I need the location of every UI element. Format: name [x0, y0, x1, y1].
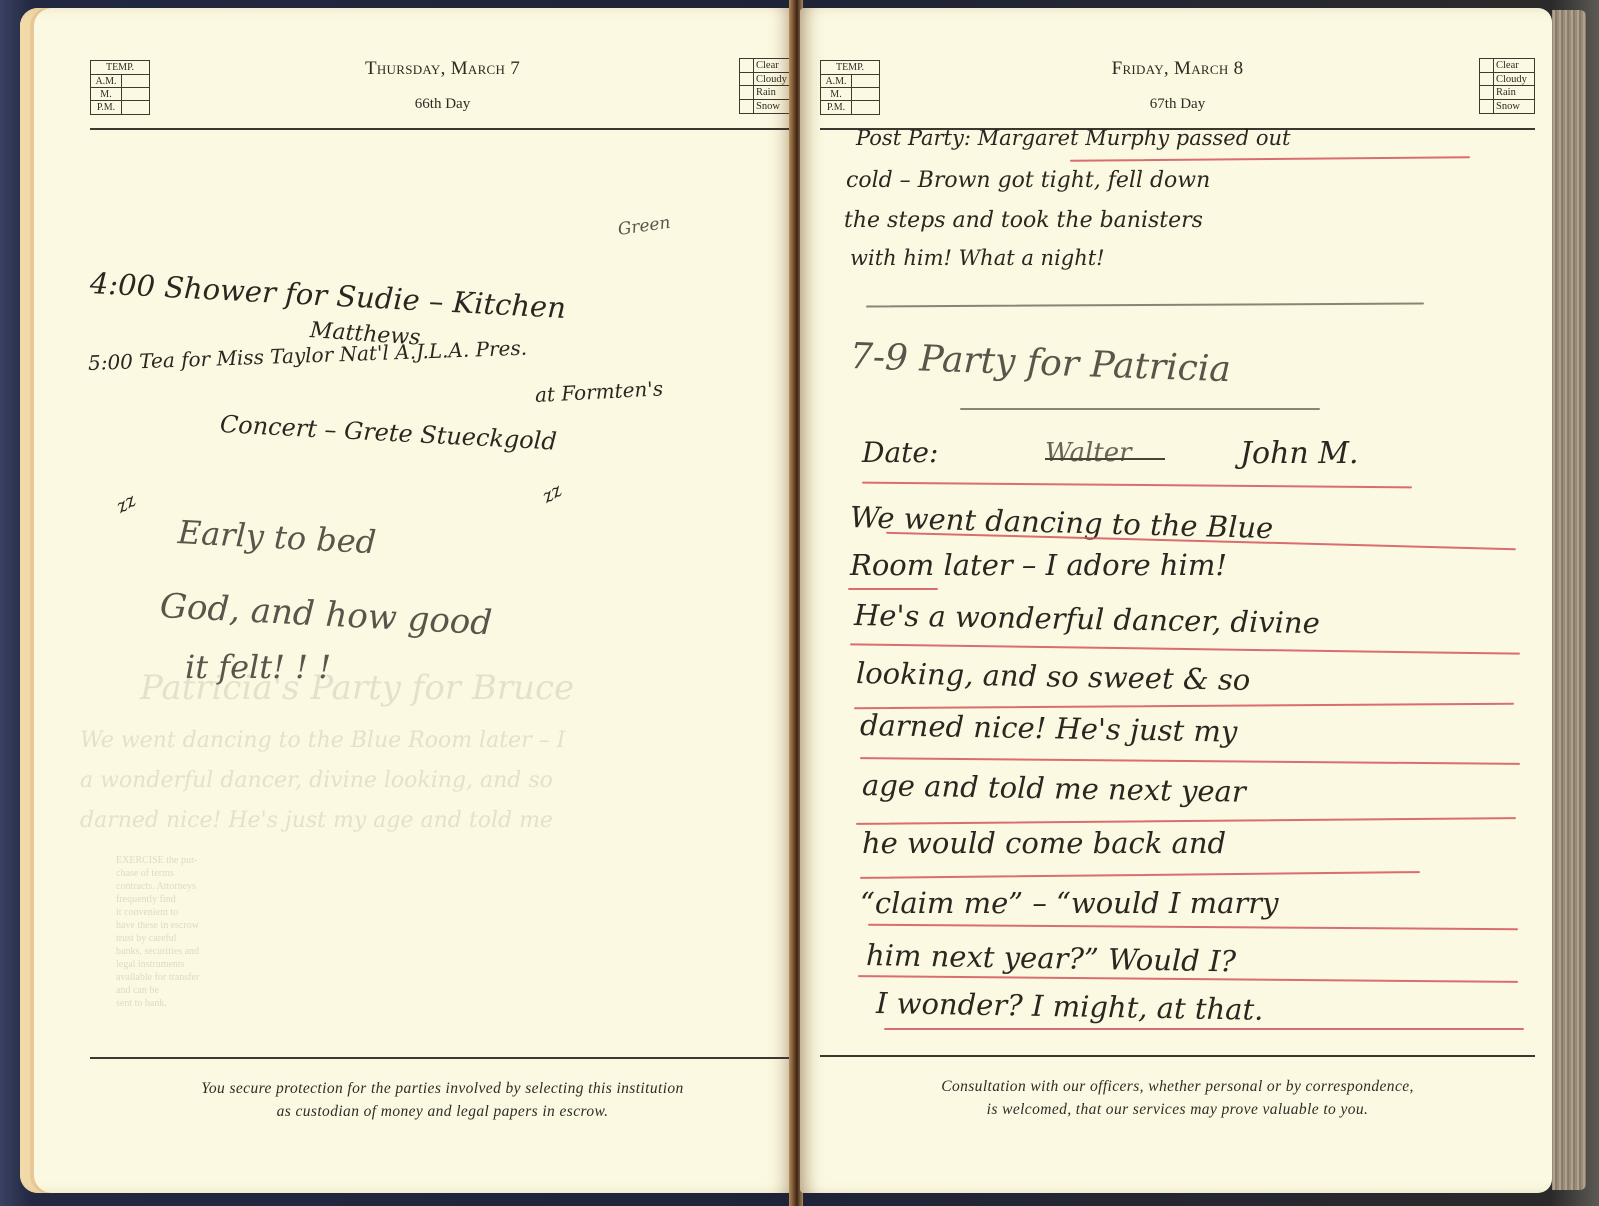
weather-box: Clear Cloudy Rain Snow: [739, 58, 792, 114]
date-name: John M.: [1240, 436, 1359, 471]
entry-line-darned-nice: darned nice! He's just my: [860, 708, 1238, 749]
entry-line-it-felt: it felt! ! !: [185, 648, 331, 686]
entry-line-claim-me: “claim me” – “would I marry: [860, 886, 1278, 920]
footer-line-1: Consultation with our officers, whether …: [820, 1075, 1535, 1098]
pencil-divider: [866, 303, 1424, 307]
bleed-through-print: EXERCISE the pur- chase of terms contrac…: [116, 854, 199, 1010]
entry-post-party-line-1: Post Party: Margaret Murphy passed out: [856, 126, 1290, 150]
weather-label-cloudy: Cloudy: [754, 73, 787, 86]
entry-line-god-how-good: God, and how good: [159, 586, 493, 643]
weather-label-snow: Snow: [754, 100, 780, 114]
red-underline: [868, 924, 1518, 931]
left-page-thursday: TEMP. A.M. M. P.M. Thursday, March 7 66t…: [20, 8, 792, 1193]
weather-checkbox-clear: [740, 59, 754, 72]
sleep-mark-left: zz: [113, 490, 140, 518]
footer-rule: [90, 1057, 792, 1059]
entry-line-tea: 5:00 Tea for Miss Taylor Nat'l A.J.L.A. …: [88, 336, 528, 375]
entry-line-come-back: he would come back and: [862, 826, 1226, 860]
entry-line-adore: Room later – I adore him!: [850, 548, 1227, 582]
weather-label-cloudy: Cloudy: [1494, 73, 1527, 86]
red-underline: [860, 871, 1420, 879]
sleep-mark-right: zz: [539, 480, 566, 508]
entry-line-concert: Concert – Grete Stueckgold: [219, 410, 557, 456]
date-struck-name: Walter: [1045, 438, 1132, 468]
page-header: TEMP. A.M. M. P.M. Thursday, March 7 66t…: [90, 54, 792, 134]
open-diary-book: TEMP. A.M. M. P.M. Thursday, March 7 66t…: [0, 0, 1599, 1206]
day-number: 66th Day: [90, 96, 792, 113]
bleed-through-handwriting: a wonderful dancer, divine looking, and …: [80, 768, 553, 793]
entry-party-heading: 7-9 Party for Patricia: [849, 336, 1231, 390]
footer-line-2: is welcomed, that our services may prove…: [820, 1098, 1535, 1121]
red-underline: [884, 1028, 1524, 1030]
annotation-green: Green: [617, 213, 672, 240]
footer-text: You secure protection for the parties in…: [90, 1077, 792, 1123]
page-footer: You secure protection for the parties in…: [90, 1053, 792, 1193]
red-underline: [856, 817, 1516, 825]
red-underline: [1070, 156, 1470, 161]
date-label: Date:: [862, 436, 938, 469]
entry-line-shower: 4:00 Shower for Sudie – Kitchen: [89, 266, 567, 325]
weather-box: Clear Cloudy Rain Snow: [1479, 58, 1535, 114]
entry-line-my-age: age and told me next year: [862, 768, 1246, 809]
bleed-through-handwriting: darned nice! He's just my age and told m…: [80, 808, 553, 833]
weather-checkbox-clear: [1480, 59, 1494, 72]
footer-line-2: as custodian of money and legal papers i…: [90, 1100, 792, 1123]
annotation-at-formtens: at Formten's: [534, 376, 663, 407]
page-header: TEMP. A.M. M. P.M. Friday, March 8 67th …: [820, 54, 1535, 134]
entry-line-marry-him: him next year?” Would I?: [866, 938, 1237, 978]
strikethrough: [1045, 458, 1165, 460]
footer-line-1: You secure protection for the parties in…: [90, 1077, 792, 1100]
entry-line-so-sweet: looking, and so sweet & so: [856, 656, 1251, 697]
weather-label-clear: Clear: [754, 59, 779, 72]
red-underline: [848, 588, 938, 590]
weather-label-rain: Rain: [754, 86, 776, 99]
red-underline: [862, 482, 1412, 489]
footer-text: Consultation with our officers, whether …: [820, 1075, 1535, 1121]
red-underline: [854, 703, 1514, 710]
entry-post-party-line-3: the steps and took the banisters: [844, 208, 1203, 233]
day-number: 67th Day: [820, 96, 1535, 113]
day-title: Friday, March 8: [820, 58, 1535, 80]
page-edges: [1552, 10, 1586, 1190]
page-footer: Consultation with our officers, whether …: [820, 1053, 1535, 1193]
day-title: Thursday, March 7: [90, 58, 792, 80]
entry-line-wonderful-dancer: He's a wonderful dancer, divine: [854, 598, 1320, 640]
weather-checkbox-snow: [740, 100, 754, 114]
bleed-through-handwriting: We went dancing to the Blue Room later –…: [80, 728, 565, 753]
weather-checkbox-rain: [1480, 86, 1494, 99]
entry-post-party-line-2: cold – Brown got tight, fell down: [846, 168, 1210, 193]
weather-checkbox-snow: [1480, 100, 1494, 114]
entry-post-party-line-4: with him! What a night!: [850, 246, 1105, 270]
header-rule: [90, 128, 792, 130]
weather-label-clear: Clear: [1494, 59, 1519, 72]
footer-rule: [820, 1055, 1535, 1057]
entry-line-i-might: I wonder? I might, at that.: [876, 986, 1264, 1027]
red-underline: [850, 643, 1520, 654]
pencil-divider: [960, 408, 1320, 410]
right-page-friday: TEMP. A.M. M. P.M. Friday, March 8 67th …: [800, 8, 1552, 1193]
weather-checkbox-cloudy: [1480, 73, 1494, 86]
weather-label-rain: Rain: [1494, 86, 1516, 99]
weather-checkbox-cloudy: [740, 73, 754, 86]
weather-checkbox-rain: [740, 86, 754, 99]
entry-line-early-to-bed: Early to bed: [177, 513, 377, 561]
weather-label-snow: Snow: [1494, 100, 1520, 114]
red-underline: [860, 757, 1520, 765]
